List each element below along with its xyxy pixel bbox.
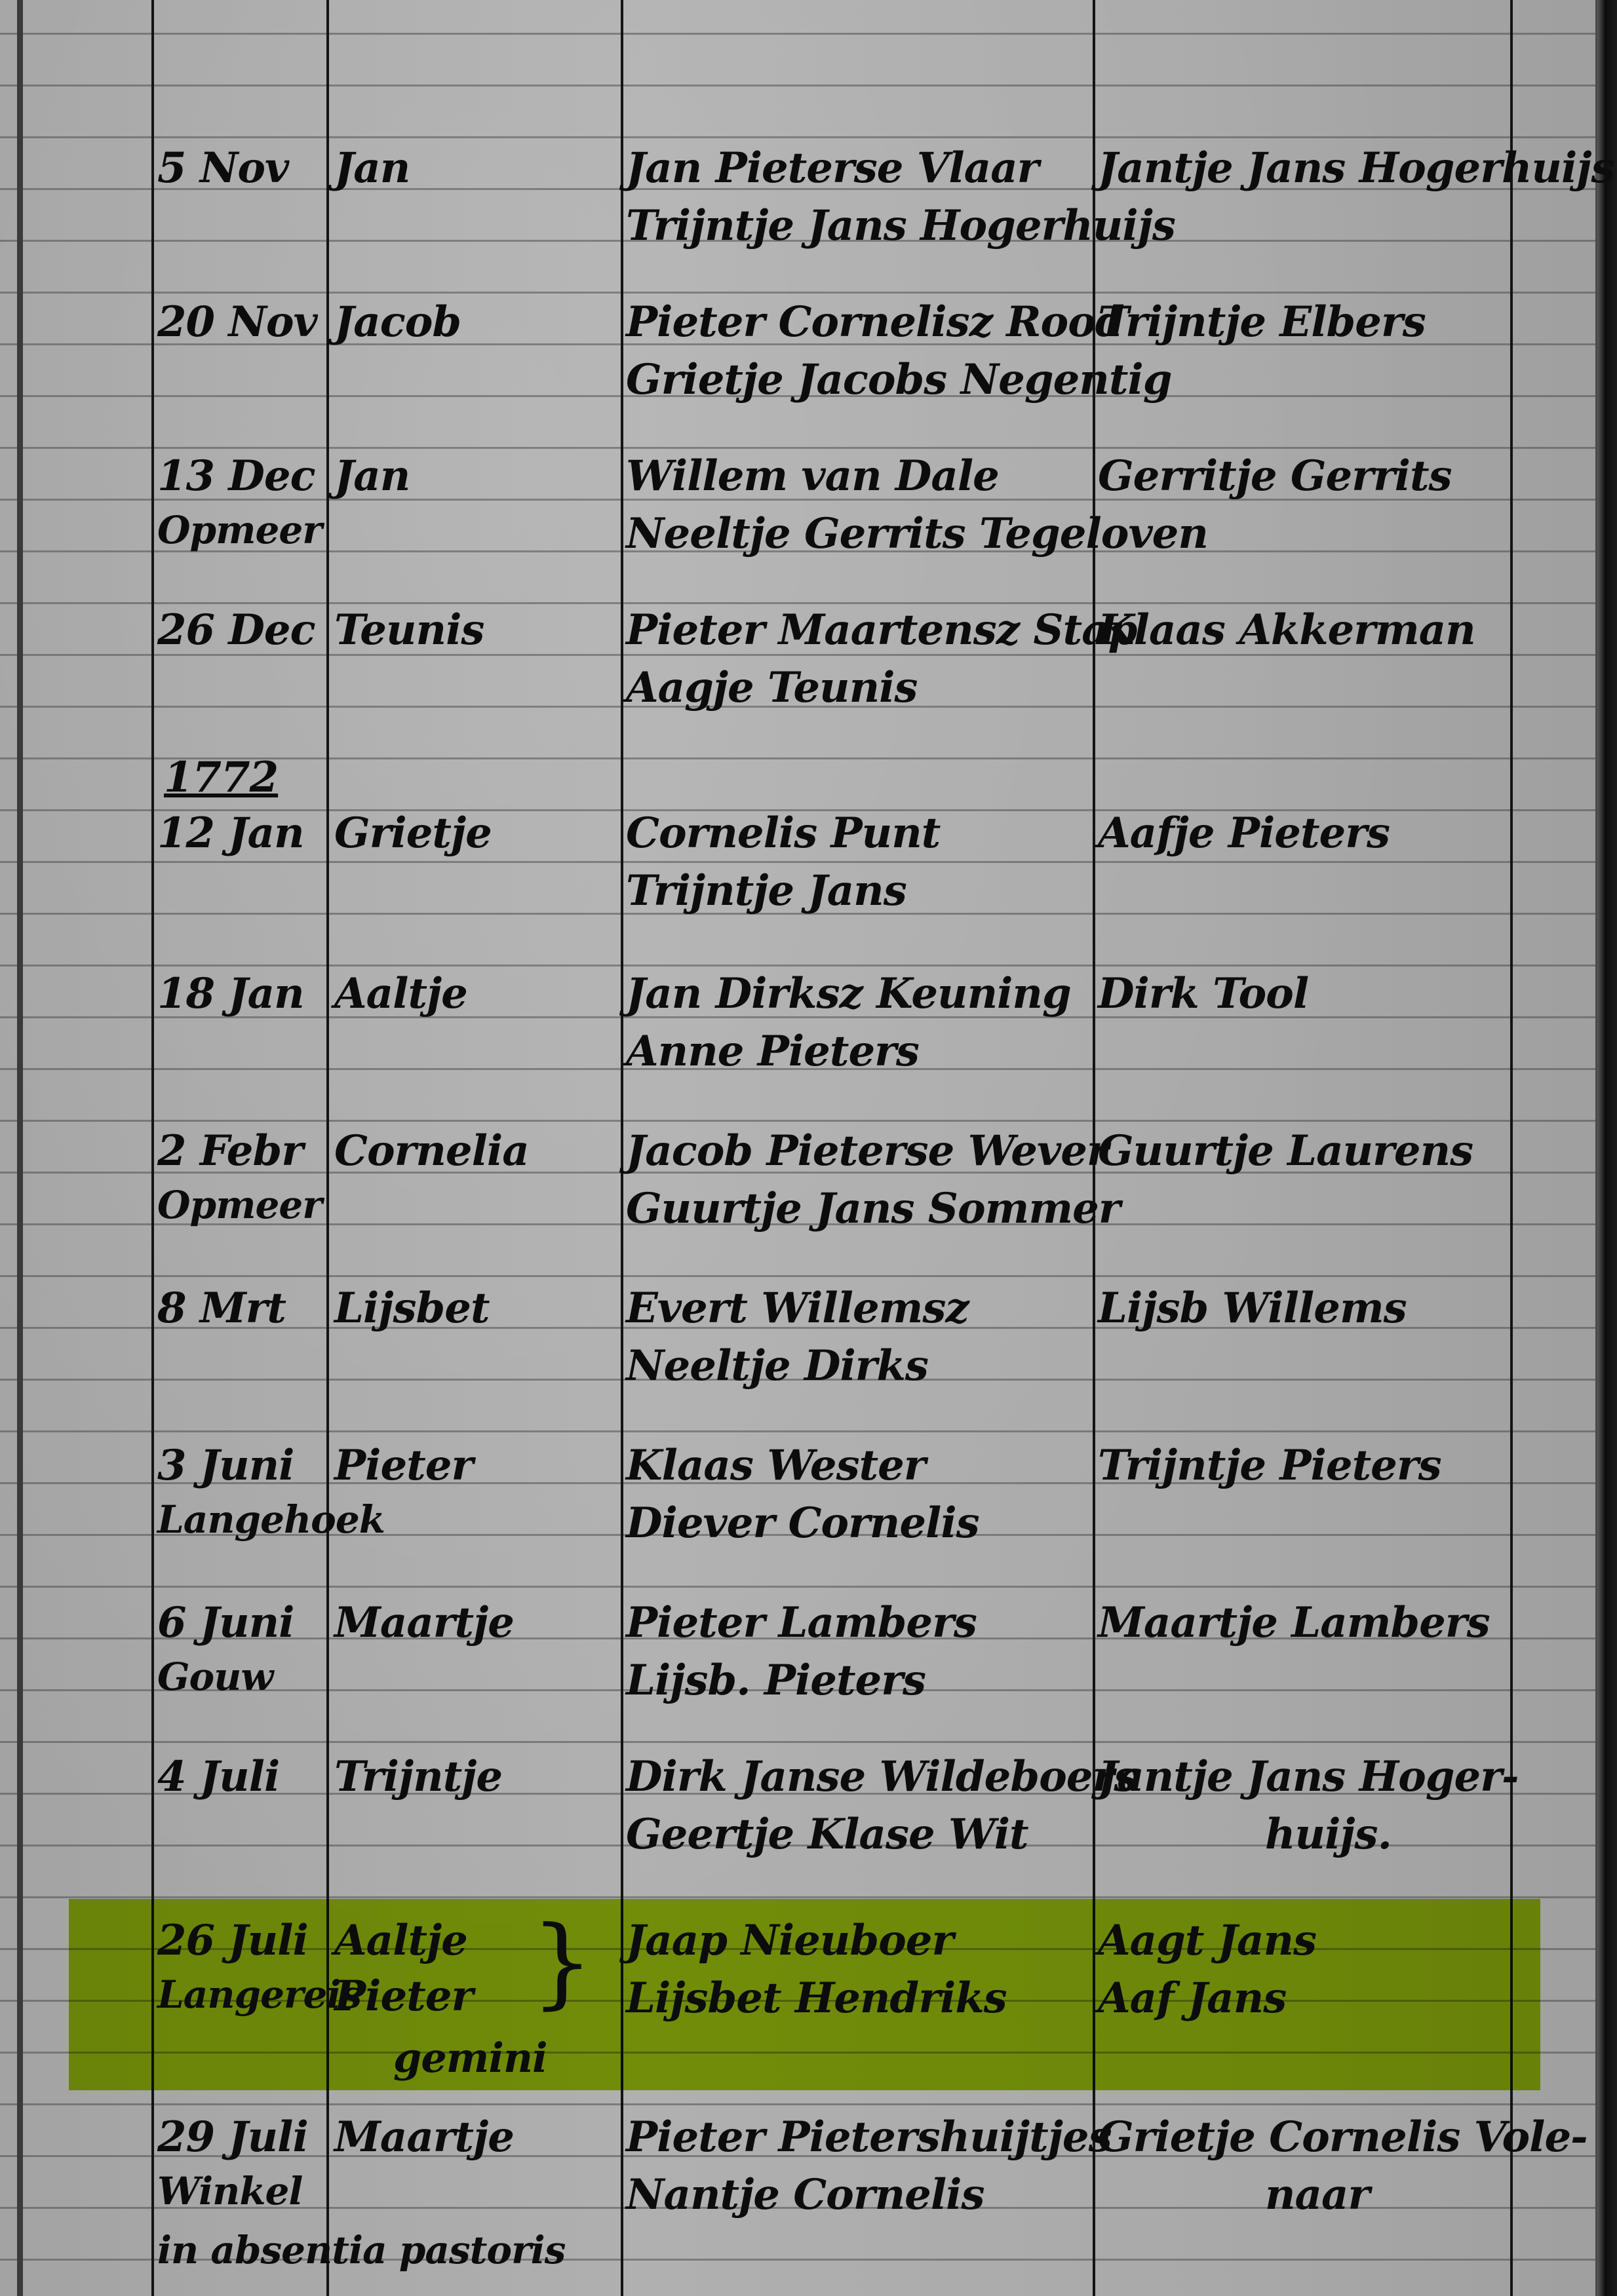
entry-date: 4 Juli [157,1756,279,1798]
child-name-2: Pieter [334,1976,473,2018]
entry-date: 26 Juli [157,1920,308,1962]
mother-name: Grietje Jacobs Negentig [626,359,1171,401]
mother-name: Aagje Teunis [626,667,917,709]
mother-name: Lijsbet Hendriks [626,1978,1007,2019]
mother-name: Guurtje Jans Sommer [626,1188,1120,1230]
father-name: Pieter Maartensz Stap [626,609,1137,651]
mother-name: Neeltje Dirks [626,1345,928,1387]
margin-rule [17,0,23,2296]
ruled-line [0,1896,1599,1898]
mother-name: Diever Cornelis [626,1502,979,1544]
father-name: Pieter Pietershuijtjes [626,2116,1112,2158]
ruled-line [0,2103,1599,2105]
mother-name: Trijntje Jans Hogerhuijs [626,205,1175,247]
child-name: Aaltje [334,1920,467,1962]
witness-name: Trijntje Pieters [1098,1445,1441,1487]
child-name: Aaltje [334,973,467,1015]
witness-name: Jantje Jans Hoger- [1098,1756,1519,1798]
witness-name: Maartje Lambers [1098,1602,1490,1644]
witness-name-continued: Aaf Jans [1098,1978,1286,2019]
witness-name: Aagt Jans [1098,1920,1316,1962]
entry-place: Opmeer [157,1186,322,1224]
father-name: Pieter Lambers [626,1602,977,1644]
ruled-line [0,33,1599,35]
entry-year: 1772 [164,757,278,799]
child-name: Maartje [334,1602,514,1644]
mother-name: Lijsb. Pieters [626,1660,925,1702]
book-binding-edge [1597,0,1617,2296]
entry-place: Langereis [157,1976,361,2014]
ruled-line [0,1586,1599,1588]
entry-date: 6 Juni [157,1602,294,1644]
twins-brace: } [531,1913,593,2012]
ruled-line [0,85,1599,86]
father-name: Cornelis Punt [626,813,940,854]
mother-name: Geertje Klase Wit [626,1814,1028,1856]
child-name: Maartje [334,2116,514,2158]
ruled-line [0,292,1599,294]
witness-name-continued: naar [1265,2174,1369,2216]
child-name: Jan [334,147,410,189]
child-name: Pieter [334,1445,473,1487]
father-name: Willem van Dale [626,455,999,497]
mother-name: Neeltje Gerrits Tegeloven [626,513,1208,555]
father-name: Evert Willemsz [626,1288,969,1330]
entry-date: 12 Jan [157,813,304,854]
entry-date: 3 Juni [157,1445,294,1487]
entry-date: 18 Jan [157,973,304,1015]
child-name: Teunis [334,609,484,651]
entry-place: Gouw [157,1658,273,1696]
ruled-line [0,861,1599,863]
ruled-line [0,602,1599,604]
child-name: Lijsbet [334,1288,490,1330]
ruled-line [0,965,1599,966]
child-name: Jan [334,455,410,497]
father-name: Dirk Janse Wildeboers [626,1756,1137,1798]
child-name: Cornelia [334,1130,529,1172]
twins-note: gemini [393,2038,547,2078]
father-name: Jacob Pieterse Wever [626,1130,1108,1172]
father-name: Jaap Nieuboer [626,1920,953,1962]
ruled-line [0,447,1599,449]
entry-date: 26 Dec [157,609,315,651]
entry-place: Langehoek [157,1501,385,1539]
mother-name: Anne Pieters [626,1031,919,1073]
witness-name: Guurtje Laurens [1098,1130,1473,1172]
witness-name-continued: huijs. [1265,1814,1392,1856]
child-name: Trijntje [334,1756,502,1798]
witness-name: Aafje Pieters [1098,813,1390,854]
witness-name: Jantje Jans Hogerhuijs [1098,147,1614,189]
entry-date: 2 Febr [157,1130,303,1172]
witness-name: Dirk Tool [1098,973,1308,1015]
entry-place: Winkel [157,2172,302,2210]
entry-date: 20 Nov [157,301,317,343]
register-page: 5 NovJanJan Pieterse VlaarTrijntje Jans … [0,0,1617,2296]
father-name: Jan Dirksz Keuning [626,973,1071,1015]
ruled-line [0,1741,1599,1743]
child-name: Jacob [334,301,461,343]
father-name: Jan Pieterse Vlaar [626,147,1038,189]
ruled-line [0,136,1599,138]
entry-date: 5 Nov [157,147,288,189]
entry-date: 13 Dec [157,455,315,497]
witness-name: Grietje Cornelis Vole- [1098,2116,1588,2158]
father-name: Pieter Cornelisz Rood [626,301,1124,343]
mother-name: Trijntje Jans [626,870,906,912]
witness-name: Trijntje Elbers [1098,301,1426,343]
witness-name: Lijsb Willems [1098,1288,1407,1330]
ruled-line [0,1430,1599,1432]
mother-name: Nantje Cornelis [626,2174,984,2216]
entry-date: 29 Juli [157,2116,308,2158]
witness-name: Gerritje Gerrits [1098,455,1452,497]
child-name: Grietje [334,813,492,854]
entry-date: 8 Mrt [157,1288,286,1330]
ruled-line [0,1275,1599,1277]
ruled-line [0,1120,1599,1122]
witness-name: Klaas Akkerman [1098,609,1475,651]
father-name: Klaas Wester [626,1445,925,1487]
entry-remark: in absentia pastoris [157,2231,565,2269]
entry-place: Opmeer [157,511,322,549]
